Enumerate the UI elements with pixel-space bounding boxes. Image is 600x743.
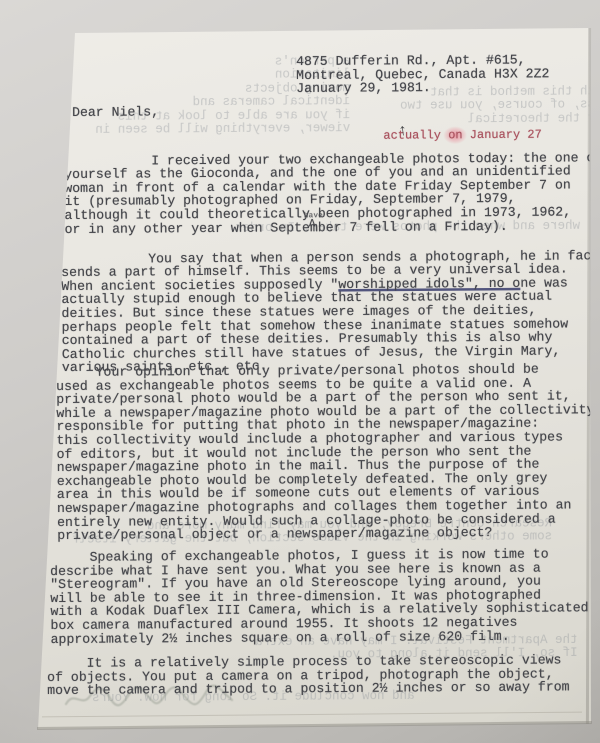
paragraph-private-personal: Your opinion that only private/personal … (56, 362, 595, 542)
paragraph-photos-received: I received your two exchangeable photos … (64, 137, 600, 250)
caret-icon: Λ (309, 219, 316, 233)
letter-page: a person's limitation moving objects ide… (0, 0, 600, 743)
salutation: Dear Niels, (72, 105, 159, 119)
sender-address: 4875 Dufferin Rd., Apt. #615, Montreal, … (296, 53, 550, 96)
paragraph-stereogram: Speaking of exchangeable photos, I guess… (50, 547, 589, 646)
paper-crease (42, 712, 582, 718)
paragraph-stereoscopic-process: It is a relatively simple process to tak… (47, 653, 570, 697)
photo-background: a person's limitation moving objects ide… (0, 0, 600, 743)
